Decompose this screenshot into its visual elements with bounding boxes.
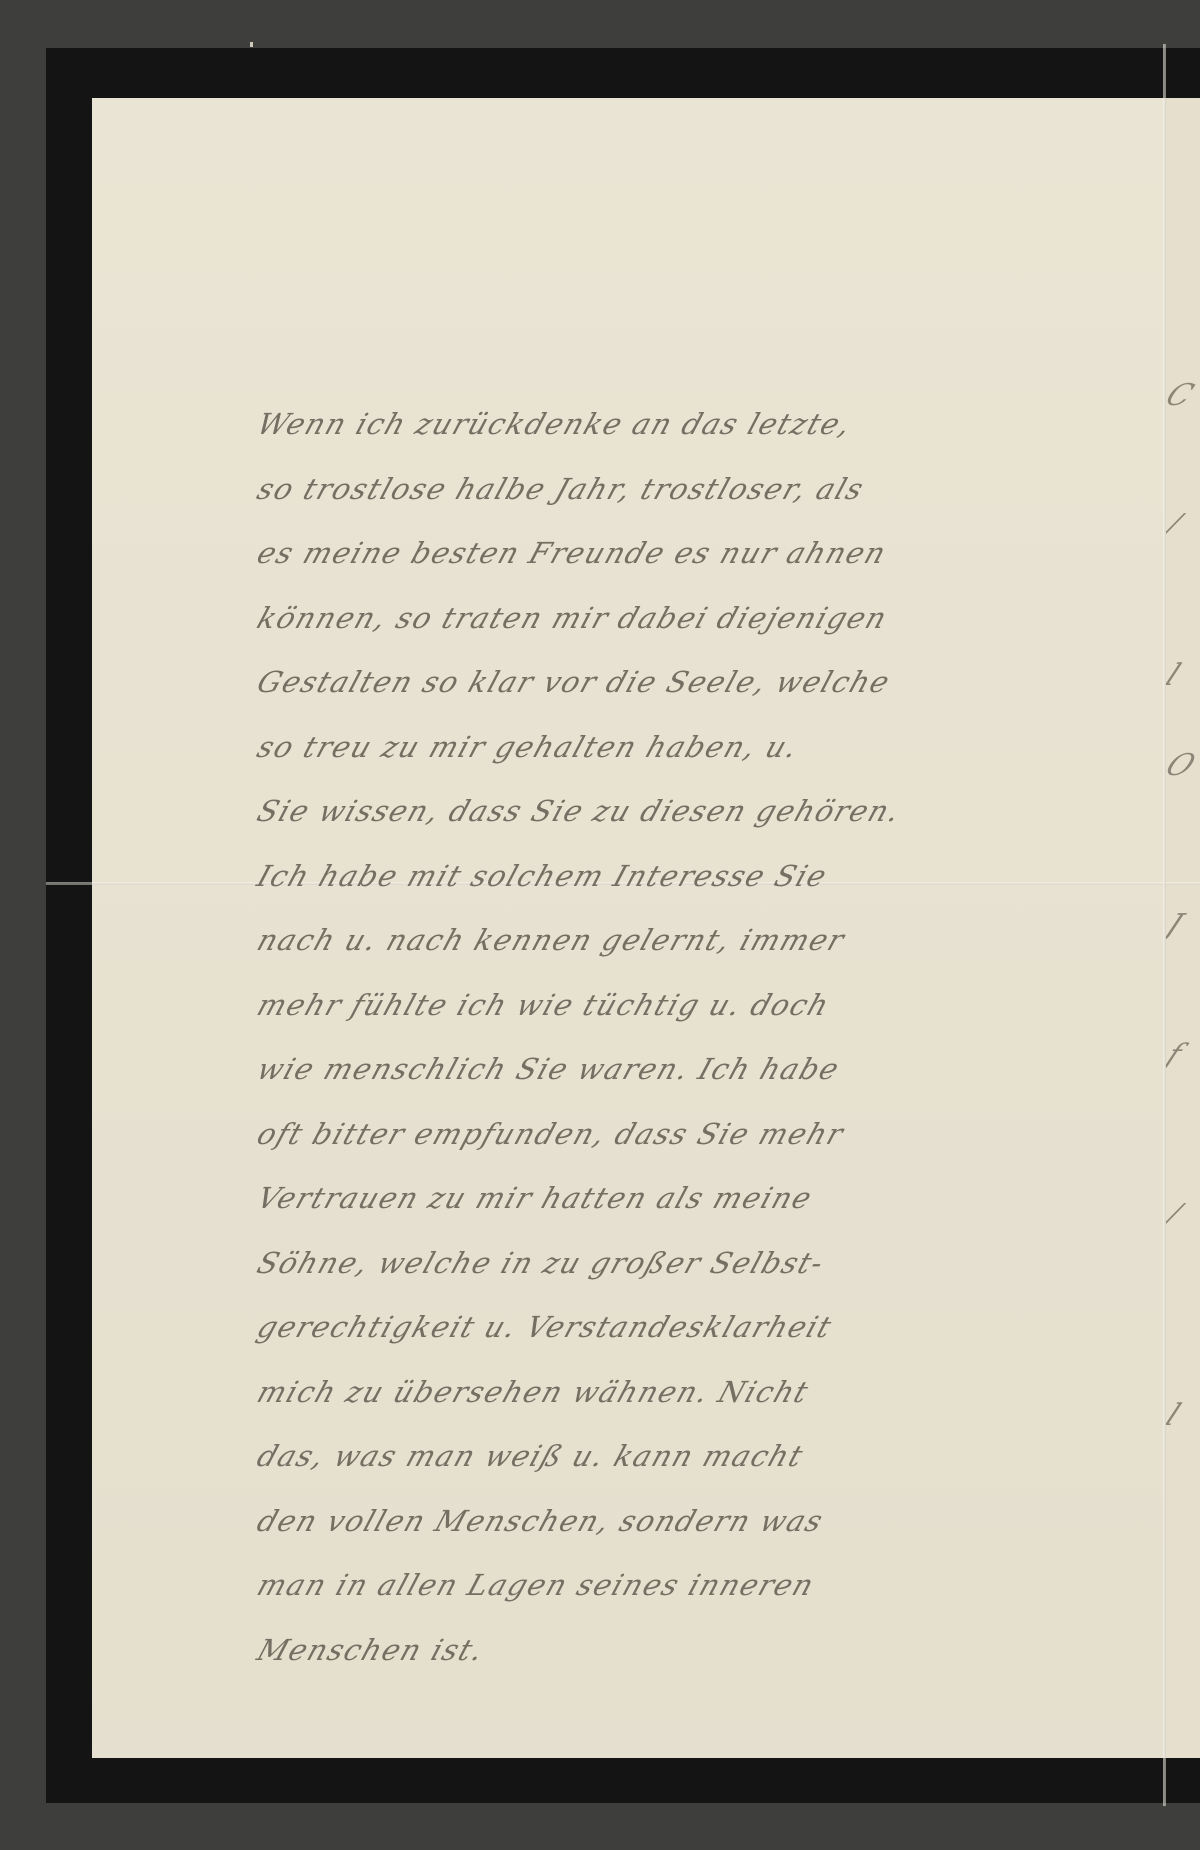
adjacent-page-fragment: l xyxy=(1166,1398,1186,1433)
vertical-fold-line xyxy=(1163,44,1166,1806)
letter-line: Menschen ist. xyxy=(248,1618,1169,1683)
letter-line: mich zu übersehen wähnen. Nicht xyxy=(248,1360,1169,1425)
adjacent-page-fragment: O xyxy=(1166,748,1200,783)
letter-line: Wenn ich zurückdenke an das letzte, xyxy=(248,392,1169,457)
letter-line: Söhne, welche in zu großer Selbst- xyxy=(248,1231,1169,1296)
letter-line: gerechtigkeit u. Verstandesklarheit xyxy=(248,1295,1169,1360)
adjacent-page-fragment: / xyxy=(1166,508,1186,543)
adjacent-page-fragment: J xyxy=(1166,908,1188,943)
adjacent-page-fragment: l xyxy=(1166,658,1186,693)
letter-line: das, was man weiß u. kann macht xyxy=(248,1424,1169,1489)
letter-line: mehr fühlte ich wie tüchtig u. doch xyxy=(248,973,1169,1038)
paper-speck xyxy=(250,42,253,47)
letter-line: so treu zu mir gehalten haben, u. xyxy=(248,715,1169,780)
adjacent-page-fragment: f xyxy=(1166,1038,1187,1073)
letter-line: Vertrauen zu mir hatten als meine xyxy=(248,1166,1169,1231)
letter-line: es meine besten Freunde es nur ahnen xyxy=(248,521,1169,586)
letter-line: Gestalten so klar vor die Seele, welche xyxy=(248,650,1169,715)
letter-line: können, so traten mir dabei diejenigen xyxy=(248,586,1169,651)
letter-line: Sie wissen, dass Sie zu diesen gehören. xyxy=(248,779,1169,844)
letter-line: den vollen Menschen, sondern was xyxy=(248,1489,1169,1554)
handwritten-letter-body: Wenn ich zurückdenke an das letzte, so t… xyxy=(248,392,1148,1682)
letter-line: oft bitter empfunden, dass Sie mehr xyxy=(248,1102,1169,1167)
adjacent-page-fragment: C xyxy=(1166,378,1199,413)
letter-line: Ich habe mit solchem Interesse Sie xyxy=(248,844,1169,909)
letter-line: nach u. nach kennen gelernt, immer xyxy=(248,908,1169,973)
adjacent-page-fragment: / xyxy=(1166,1198,1186,1233)
letter-line: wie menschlich Sie waren. Ich habe xyxy=(248,1037,1169,1102)
adjacent-page-edge: C / l O J f / l xyxy=(1166,98,1200,1758)
letter-line: man in allen Lagen seines inneren xyxy=(248,1553,1169,1618)
letter-line: so trostlose halbe Jahr, trostloser, als xyxy=(248,457,1169,522)
